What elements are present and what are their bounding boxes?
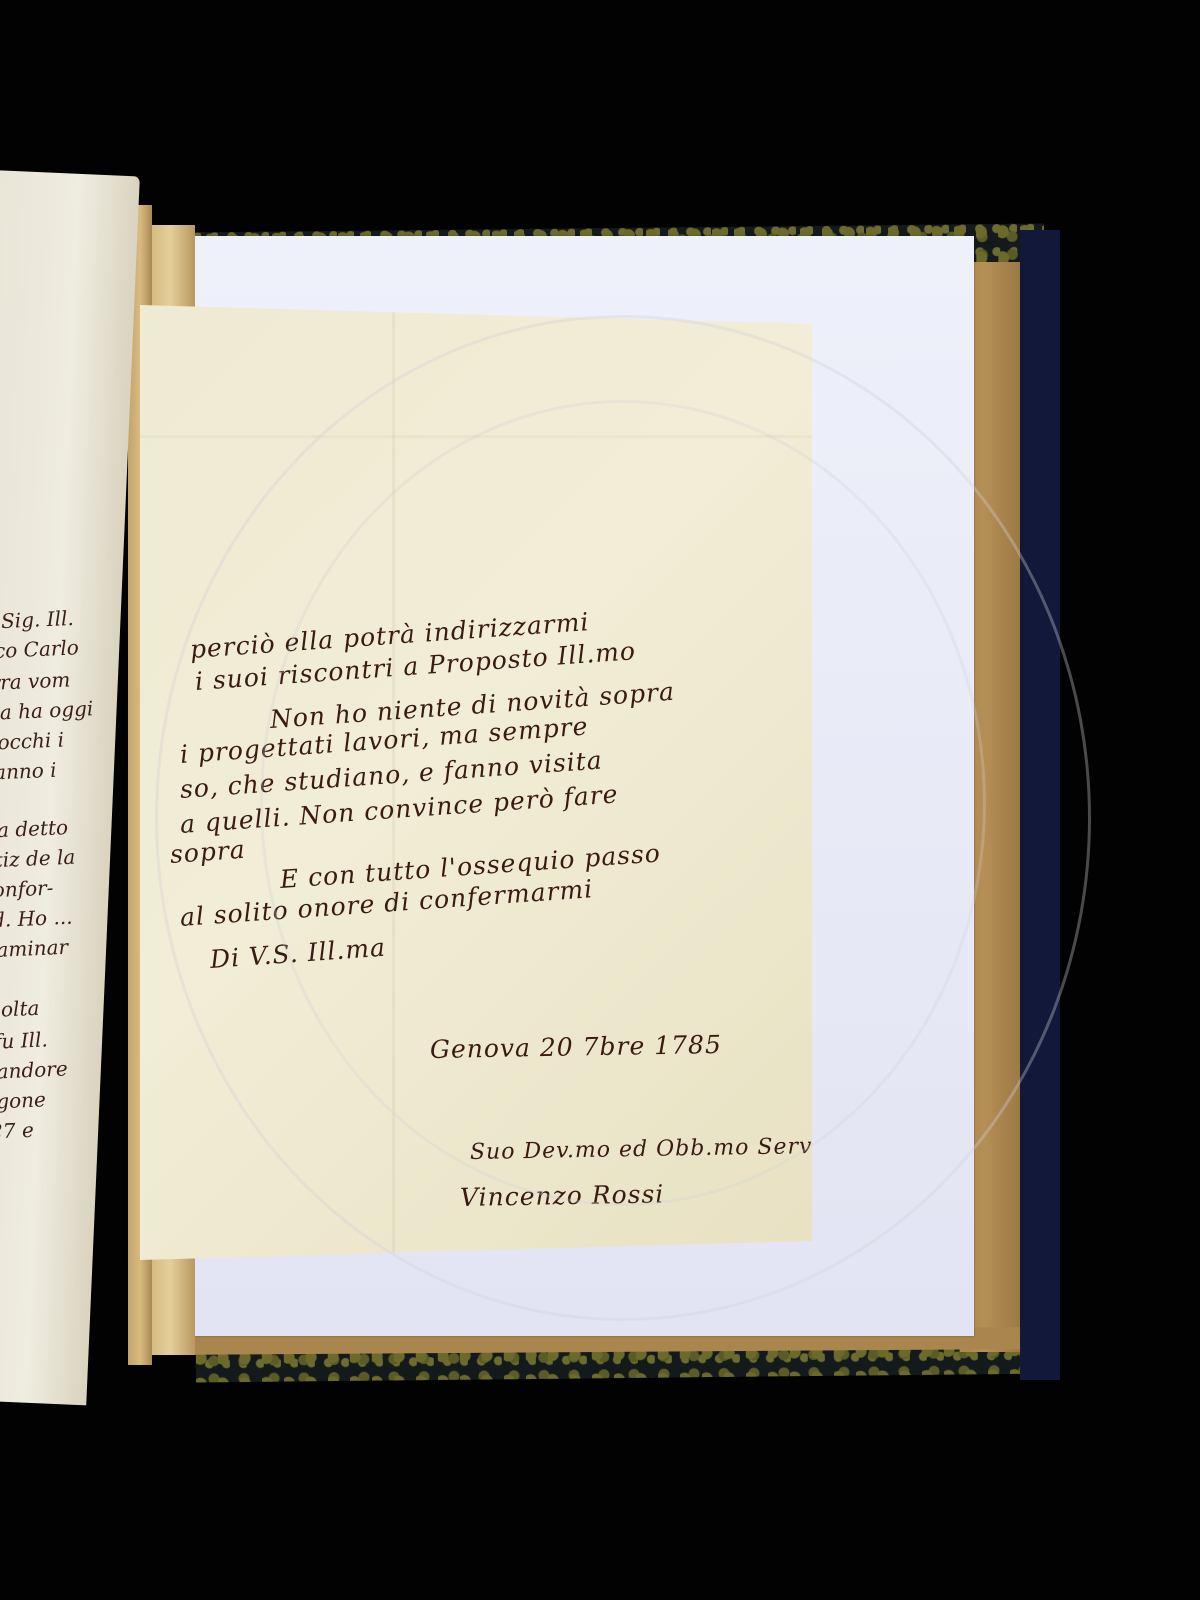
book-cover-edge <box>1020 230 1060 1380</box>
closing: Suo Dev.mo ed Obb.mo Servo <box>470 1134 812 1165</box>
left-page-line: ...g fu Ill. <box>0 1027 48 1055</box>
dateline: Genova 20 7bre 1785 <box>430 1028 812 1064</box>
left-page-line: ...ed. Ho ... <box>0 905 73 934</box>
left-page-line: ...Prandore <box>0 1056 68 1085</box>
left-page-line: ...za ha oggi <box>0 696 94 725</box>
left-page-line: ...Naminar <box>0 935 69 964</box>
left-page: A Sig. Ill. ...co Carlo ...rra vom ...za… <box>0 170 140 1405</box>
left-page-line: ...Argone <box>0 1087 46 1115</box>
left-page-line: ...co Carlo <box>0 635 79 664</box>
left-page-line: ...etiz de la <box>0 845 76 874</box>
left-page-line: ...a lolta <box>0 996 40 1024</box>
left-page-line: ...fanno i <box>0 758 57 786</box>
left-page-line: A Sig. Ill. <box>0 606 74 634</box>
left-page-line: ...il 27 e <box>0 1118 34 1146</box>
handwritten-letter: perciò ella potrà indirizzarmi i suoi ri… <box>140 305 812 1260</box>
signature: Vincenzo Rossi <box>460 1177 812 1212</box>
left-page-line: ...ha detto <box>0 815 69 843</box>
left-page-line: ...confor- <box>0 876 54 904</box>
left-page-line: ...rocchi i <box>0 727 65 755</box>
left-page-line: ...rra vom <box>0 667 71 695</box>
